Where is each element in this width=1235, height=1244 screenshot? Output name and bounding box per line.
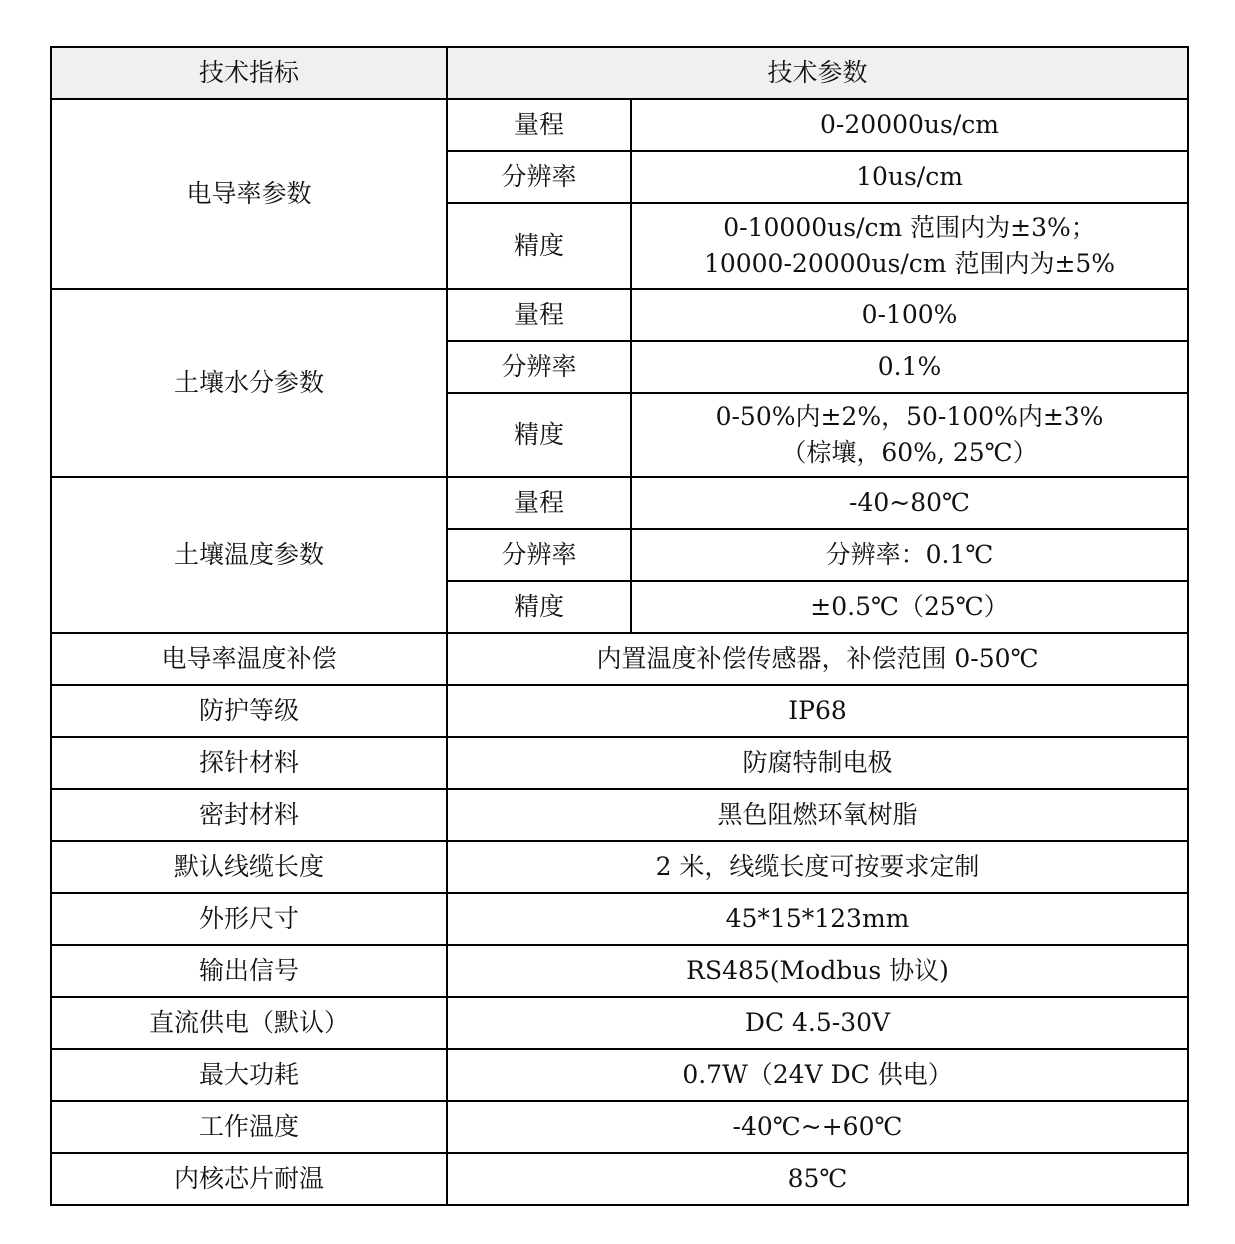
table-row: 电导率参数 量程 0-20000us/cm [51,99,1188,151]
sub-value: ±0.5℃（25℃） [631,581,1188,633]
spec-value: -40℃~+60℃ [447,1101,1188,1153]
spec-value: IP68 [447,685,1188,737]
group-name-conductivity: 电导率参数 [51,99,447,289]
sub-value: -40~80℃ [631,477,1188,529]
header-indicator: 技术指标 [51,47,447,99]
sub-value: 分辨率：0.1℃ [631,529,1188,581]
spec-value: 45*15*123mm [447,893,1188,945]
table-row: 电导率温度补偿 内置温度补偿传感器，补偿范围 0-50℃ [51,633,1188,685]
spec-value: 内置温度补偿传感器，补偿范围 0-50℃ [447,633,1188,685]
spec-label: 外形尺寸 [51,893,447,945]
spec-label: 防护等级 [51,685,447,737]
spec-value: 2 米，线缆长度可按要求定制 [447,841,1188,893]
spec-label: 默认线缆长度 [51,841,447,893]
sub-value: 0-50%内±2%，50-100%内±3% （棕壤，60%, 25℃） [631,393,1188,477]
spec-label: 输出信号 [51,945,447,997]
spec-label: 内核芯片耐温 [51,1153,447,1205]
spec-label: 电导率温度补偿 [51,633,447,685]
table-row: 防护等级 IP68 [51,685,1188,737]
spec-value: 0.7W（24V DC 供电） [447,1049,1188,1101]
sub-value: 10us/cm [631,151,1188,203]
table-row: 最大功耗 0.7W（24V DC 供电） [51,1049,1188,1101]
spec-value: 85℃ [447,1153,1188,1205]
spec-label: 工作温度 [51,1101,447,1153]
spec-value: 防腐特制电极 [447,737,1188,789]
group-name-soil-temperature: 土壤温度参数 [51,477,447,633]
table-row: 外形尺寸 45*15*123mm [51,893,1188,945]
spec-value: 黑色阻燃环氧树脂 [447,789,1188,841]
sub-value: 0-20000us/cm [631,99,1188,151]
sub-label: 量程 [447,477,631,529]
table-row: 土壤温度参数 量程 -40~80℃ [51,477,1188,529]
table-row: 密封材料 黑色阻燃环氧树脂 [51,789,1188,841]
sub-label: 量程 [447,289,631,341]
spec-label: 最大功耗 [51,1049,447,1101]
sub-label: 精度 [447,203,631,289]
spec-label: 密封材料 [51,789,447,841]
table-row: 默认线缆长度 2 米，线缆长度可按要求定制 [51,841,1188,893]
spec-label: 探针材料 [51,737,447,789]
header-parameters: 技术参数 [447,47,1188,99]
table-row: 输出信号 RS485(Modbus 协议) [51,945,1188,997]
table-row: 直流供电（默认） DC 4.5-30V [51,997,1188,1049]
sub-label: 精度 [447,393,631,477]
spec-label: 直流供电（默认） [51,997,447,1049]
table-row: 探针材料 防腐特制电极 [51,737,1188,789]
header-row: 技术指标 技术参数 [51,47,1188,99]
sub-label: 分辨率 [447,529,631,581]
sub-value: 0-10000us/cm 范围内为±3%； 10000-20000us/cm 范… [631,203,1188,289]
table-row: 工作温度 -40℃~+60℃ [51,1101,1188,1153]
sub-value: 0-100% [631,289,1188,341]
spec-value: DC 4.5-30V [447,997,1188,1049]
spec-value: RS485(Modbus 协议) [447,945,1188,997]
spec-table: 技术指标 技术参数 电导率参数 量程 0-20000us/cm 分辨率 10us… [50,46,1189,1206]
sub-value: 0.1% [631,341,1188,393]
sub-label: 分辨率 [447,341,631,393]
sub-label: 分辨率 [447,151,631,203]
sub-label: 量程 [447,99,631,151]
group-name-soil-moisture: 土壤水分参数 [51,289,447,477]
table-row: 内核芯片耐温 85℃ [51,1153,1188,1205]
table-row: 土壤水分参数 量程 0-100% [51,289,1188,341]
sub-label: 精度 [447,581,631,633]
